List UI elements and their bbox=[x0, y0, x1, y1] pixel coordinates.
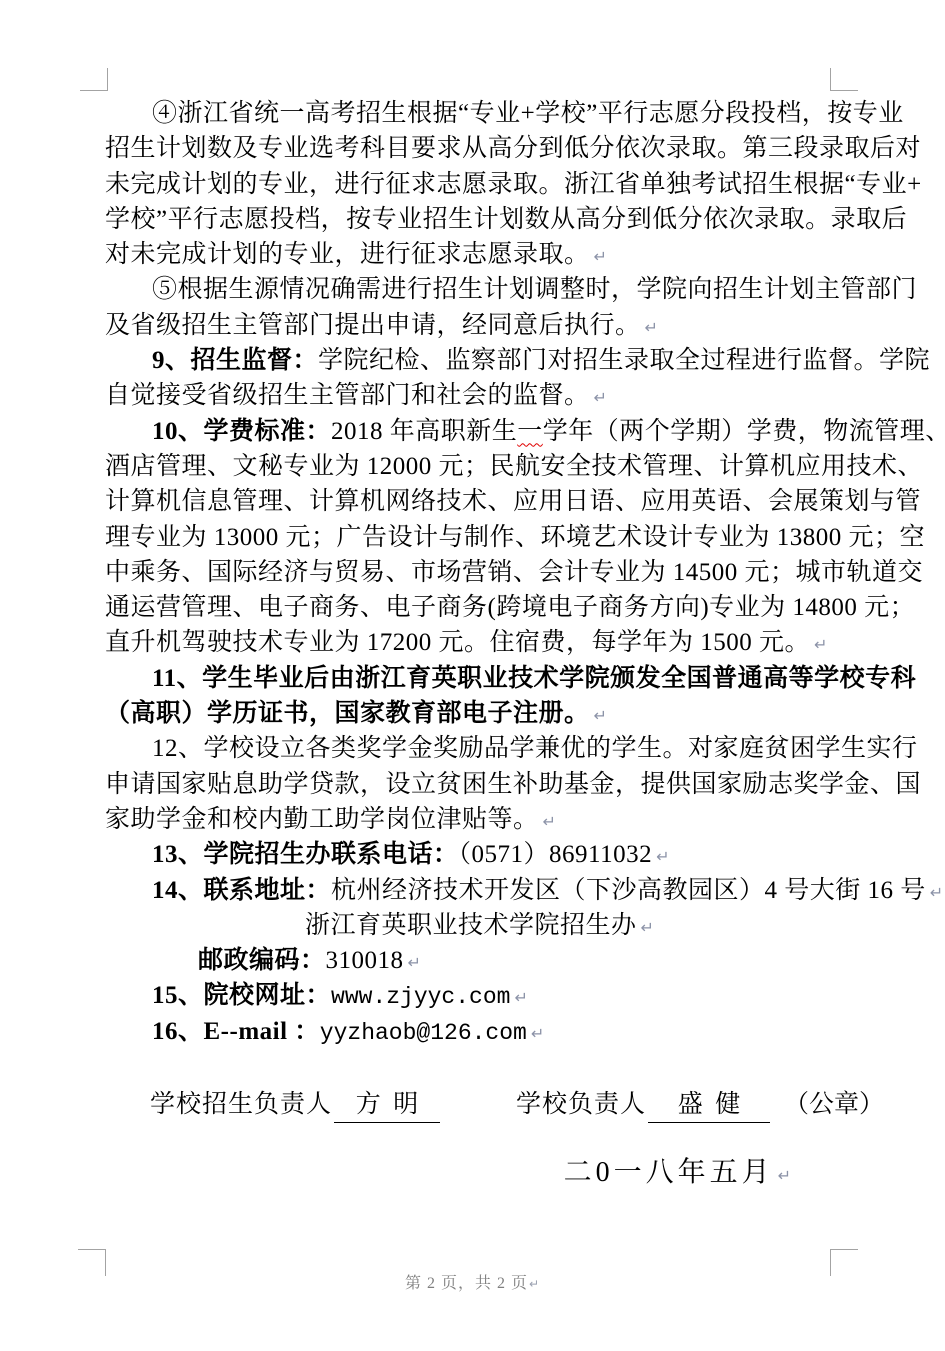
text-segment: 自觉接受省级招生主管部门和社会的监督。 bbox=[105, 382, 590, 409]
admissions-head-label: 学校招生负责人 bbox=[150, 1091, 332, 1118]
text-line: 招生计划数及专业选考科目要求从高分到低分依次录取。第三段录取后对 bbox=[105, 131, 847, 166]
text-line: 9、招生监督：学院纪检、监察部门对招生录取全过程进行监督。学院 bbox=[105, 343, 847, 378]
text-line: （高职）学历证书，国家教育部电子注册。↵ bbox=[105, 696, 847, 731]
text-segment: 14、联系地址： bbox=[152, 877, 331, 904]
text-line: 申请国家贴息助学贷款，设立贫困生补助基金，提供国家励志奖学金、国 bbox=[105, 767, 847, 802]
text-segment: 10、学费标准： bbox=[152, 418, 331, 445]
document-page: { "page": { "pilcrow_glyph": "↵", "foote… bbox=[0, 0, 945, 1351]
page-background: ④浙江省统一高考招生根据“专业+学校”平行志愿分段投档，按专业招生计划数及专业选… bbox=[0, 0, 945, 1351]
text-segment: 16、E--mail ： bbox=[152, 1018, 320, 1045]
text-segment: 邮政编码： bbox=[198, 947, 326, 974]
text-segment: 未完成计划的专业，进行征求志愿录取。浙江省单独考试招生根据“专业+ bbox=[105, 171, 922, 198]
text-segment: 家助学金和校内勤工助学岗位津贴等。 bbox=[105, 806, 539, 833]
spellcheck-flagged-text: 一 bbox=[517, 418, 543, 445]
paragraph-mark-icon: ↵ bbox=[594, 388, 608, 407]
text-segment: www.zjyyc.com bbox=[331, 984, 510, 1010]
text-line: 11、学生毕业后由浙江育英职业技术学院颁发全国普通高等学校专科 bbox=[105, 661, 847, 696]
text-segment: 9、招生监督： bbox=[152, 347, 318, 374]
text-segment: 计算机信息管理、计算机网络技术、应用日语、应用英语、会展策划与管 bbox=[105, 488, 921, 515]
text-line: 10、学费标准：2018 年高职新生一学年（两个学期）学费，物流管理、 bbox=[105, 414, 847, 449]
paragraph-mark-icon: ↵ bbox=[594, 706, 608, 725]
text-segment: yyzhaob@126.com bbox=[320, 1020, 527, 1046]
text-segment: 申请国家贴息助学贷款，设立贫困生补助基金，提供国家励志奖学金、国 bbox=[105, 771, 921, 798]
text-segment: 学院纪检、监察部门对招生录取全过程进行监督。学院 bbox=[318, 347, 930, 374]
crop-mark-top-right-icon bbox=[830, 68, 858, 91]
text-line: 自觉接受省级招生主管部门和社会的监督。↵ bbox=[105, 378, 847, 413]
paragraph-mark-icon: ↵ bbox=[641, 918, 655, 937]
admissions-head-name-underline: 方 明 bbox=[334, 1088, 440, 1123]
text-segment: 对未完成计划的专业，进行征求志愿录取。 bbox=[105, 241, 590, 268]
paragraph-mark-icon: ↵ bbox=[645, 318, 659, 337]
paragraph-mark-icon: ↵ bbox=[778, 1166, 795, 1185]
paragraph-mark-icon: ↵ bbox=[814, 635, 828, 654]
text-segment: （0571）86911032 bbox=[459, 841, 653, 868]
date-line: 二0一八年五月↵ bbox=[105, 1150, 847, 1190]
text-line: 通运营管理、电子商务、电子商务(跨境电子商务方向)专业为 14800 元； bbox=[105, 590, 847, 625]
text-segment: 直升机驾驶技术专业为 17200 元。住宿费，每学年为 1500 元。 bbox=[105, 629, 810, 656]
page-number-footer: 第 2 页，共 2 页↵ bbox=[0, 1270, 945, 1293]
crop-mark-top-left-icon bbox=[80, 68, 108, 91]
text-segment: 酒店管理、文秘专业为 12000 元；民航安全技术管理、计算机应用技术、 bbox=[105, 453, 923, 480]
paragraph-mark-icon: ↵ bbox=[594, 247, 608, 266]
text-line: 中乘务、国际经济与贸易、市场营销、会计专业为 14500 元；城市轨道交 bbox=[105, 555, 847, 590]
text-segment: 通运营管理、电子商务、电子商务(跨境电子商务方向)专业为 14800 元； bbox=[105, 594, 915, 621]
school-head-label: 学校负责人 bbox=[516, 1091, 646, 1118]
text-line: 12、学校设立各类奖学金奖励品学兼优的学生。对家庭贫困学生实行 bbox=[105, 731, 847, 766]
text-segment: ⑤根据生源情况确需进行招生计划调整时，学院向招生计划主管部门 bbox=[152, 276, 917, 303]
text-line: 14、联系地址：杭州经济技术开发区（下沙高教园区）4 号大街 16 号↵ bbox=[105, 873, 847, 908]
text-line: 未完成计划的专业，进行征求志愿录取。浙江省单独考试招生根据“专业+ bbox=[105, 167, 847, 202]
text-line: 13、学院招生办联系电话：（0571）86911032↵ bbox=[105, 837, 847, 872]
text-segment: 15、院校网址： bbox=[152, 982, 331, 1009]
document-lines: ④浙江省统一高考招生根据“专业+学校”平行志愿分段投档，按专业招生计划数及专业选… bbox=[105, 96, 847, 1049]
date-text: 二0一八年五月 bbox=[564, 1157, 774, 1188]
text-line: 计算机信息管理、计算机网络技术、应用日语、应用英语、会展策划与管 bbox=[105, 484, 847, 519]
page-number-text: 第 2 页，共 2 页 bbox=[405, 1275, 528, 1292]
text-segment: 理专业为 13000 元；广告设计与制作、环境艺术设计专业为 13800 元；空 bbox=[105, 524, 925, 551]
paragraph-mark-icon: ↵ bbox=[531, 1024, 545, 1043]
text-line: 及省级招生主管部门提出申请，经同意后执行。↵ bbox=[105, 308, 847, 343]
text-line: ⑤根据生源情况确需进行招生计划调整时，学院向招生计划主管部门 bbox=[105, 272, 847, 307]
text-segment: 浙江育英职业技术学院招生办 bbox=[305, 912, 637, 939]
text-line: 学校”平行志愿投档，按专业招生计划数从高分到低分依次录取。录取后 bbox=[105, 202, 847, 237]
text-segment: 13、学院招生办联系电话： bbox=[152, 841, 459, 868]
text-line: 浙江育英职业技术学院招生办↵ bbox=[105, 908, 847, 943]
text-segment: 310018 bbox=[326, 947, 404, 974]
paragraph-mark-icon: ↵ bbox=[656, 847, 670, 866]
paragraph-mark-icon: ↵ bbox=[529, 1277, 540, 1291]
text-line: 理专业为 13000 元；广告设计与制作、环境艺术设计专业为 13800 元；空 bbox=[105, 520, 847, 555]
text-segment: 学校”平行志愿投档，按专业招生计划数从高分到低分依次录取。录取后 bbox=[105, 206, 907, 233]
text-line: 对未完成计划的专业，进行征求志愿录取。↵ bbox=[105, 237, 847, 272]
text-line: 酒店管理、文秘专业为 12000 元；民航安全技术管理、计算机应用技术、 bbox=[105, 449, 847, 484]
signature-row: 学校招生负责人方 明学校负责人盛 健（公章） bbox=[105, 1088, 905, 1123]
text-segment: 招生计划数及专业选考科目要求从高分到低分依次录取。第三段录取后对 bbox=[105, 135, 921, 162]
text-segment: 学年（两个学期）学费，物流管理、 bbox=[543, 418, 945, 445]
paragraph-mark-icon: ↵ bbox=[514, 988, 528, 1007]
text-segment: 杭州经济技术开发区（下沙高教园区）4 号大街 16 号 bbox=[331, 877, 926, 904]
text-segment: （高职）学历证书，国家教育部电子注册。 bbox=[105, 700, 590, 727]
text-segment: 2018 年高职新生 bbox=[331, 418, 517, 445]
text-line: 家助学金和校内勤工助学岗位津贴等。↵ bbox=[105, 802, 847, 837]
text-line: 邮政编码：310018↵ bbox=[105, 943, 847, 978]
text-segment: 12、学校设立各类奖学金奖励品学兼优的学生。对家庭贫困学生实行 bbox=[152, 735, 918, 762]
seal-label: （公章） bbox=[784, 1091, 884, 1118]
school-head-name-underline: 盛 健 bbox=[648, 1088, 770, 1123]
text-segment: 11、学生毕业后由浙江育英职业技术学院颁发全国普通高等学校专科 bbox=[152, 665, 916, 692]
text-segment: 中乘务、国际经济与贸易、市场营销、会计专业为 14500 元；城市轨道交 bbox=[105, 559, 923, 586]
paragraph-mark-icon: ↵ bbox=[543, 812, 557, 831]
text-segment: ④浙江省统一高考招生根据“专业+学校”平行志愿分段投档，按专业 bbox=[152, 100, 904, 127]
text-segment: 及省级招生主管部门提出申请，经同意后执行。 bbox=[105, 312, 641, 339]
text-line: 16、E--mail ：yyzhaob@126.com↵ bbox=[105, 1014, 847, 1049]
paragraph-mark-icon: ↵ bbox=[930, 883, 944, 902]
paragraph-mark-icon: ↵ bbox=[408, 953, 422, 972]
text-line: ④浙江省统一高考招生根据“专业+学校”平行志愿分段投档，按专业 bbox=[105, 96, 847, 131]
text-line: 直升机驾驶技术专业为 17200 元。住宿费，每学年为 1500 元。↵ bbox=[105, 625, 847, 660]
text-line: 15、院校网址：www.zjyyc.com↵ bbox=[105, 978, 847, 1013]
